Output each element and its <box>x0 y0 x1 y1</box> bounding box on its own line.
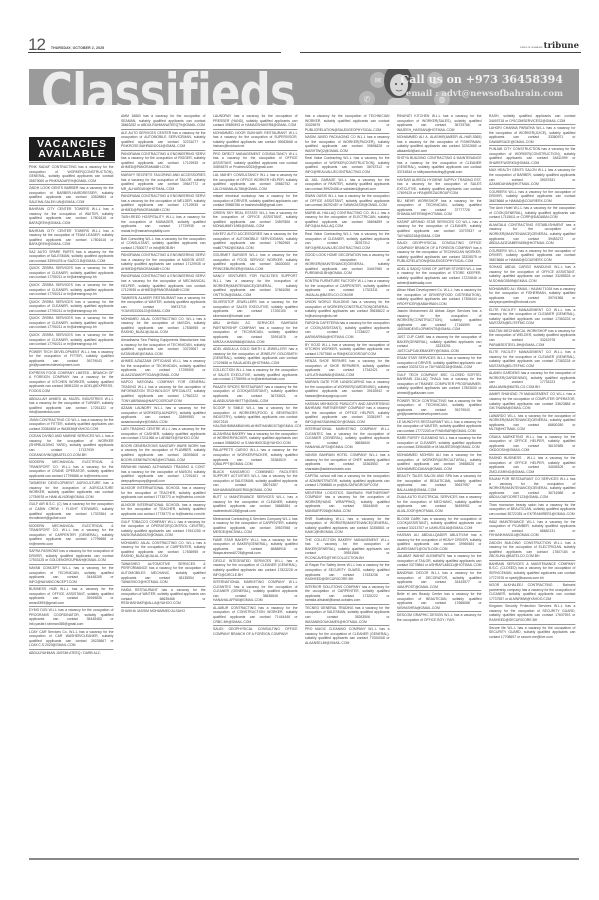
classified-ad: PUNJAB CITY CONSTRUCTION has a vacancy f… <box>489 145 575 166</box>
classified-ad: IMAZ MAINTENANCE W.L.L has a vacancy for… <box>489 518 575 539</box>
classified-ad: LE MUNCHYS RESTAURANT W.L.L has a vacanc… <box>397 418 481 435</box>
classified-ad: COURIERX W.L.L has a vacancy for the occ… <box>489 247 575 264</box>
classified-ad: Jassim Mohammed Ali Abbas Zayer Services… <box>397 307 481 333</box>
header-rule <box>28 52 281 53</box>
classified-ad: MOHAMED JALAL CONTRACTING CO. W.L.L has … <box>121 315 205 336</box>
logo-prefix: NEWS OF BAHRAIN <box>520 47 543 49</box>
classified-ad: THE COLLECTION BAKERY MANAGEMENT W.L.L h… <box>305 536 389 562</box>
classified-ad: KONTRA FURNITURE FACTORY W.L.L has a vac… <box>305 277 389 298</box>
classified-ad: KASHIF ARSHAD STAR SERVICES CO W.L.L has… <box>397 218 481 239</box>
classified-ad: Al Rayah For Safety Items W.L.L has a va… <box>305 561 389 582</box>
classified-ad: ESAM STAR SERVICES W.L.L has a vacancy f… <box>397 354 481 371</box>
column-3: LAUNDRAY has a vacancy for the occupatio… <box>213 113 301 856</box>
column-5: RINAYATI KITCHEN W.L.L has a vacancy for… <box>397 113 485 856</box>
classified-ad: ABDULLAH AHMED AL MUZEL INDUSTRIES W.L.L… <box>29 395 113 416</box>
classified-ad: DESCOM GRAPHIC DESIGN W.L.L has a vacanc… <box>397 611 481 623</box>
classified-ad: TASH-REED HOSPITALITY W.L.L has a vacanc… <box>121 213 205 234</box>
column-6: RASH, suitably qualified applicants can … <box>489 113 579 856</box>
classified-ad: ALNOOR INTERNATIONAL SCHOOL has a vacanc… <box>121 501 205 518</box>
classified-ad: GULF AIR B.S.C. (C) has a vacancy for th… <box>29 500 113 521</box>
classified-ad: POWER TECH DEVELOPMENT W.L.L has a vacan… <box>29 348 113 369</box>
classified-ad: MOHAMED JALAL CONTRACTING CO. W.L.L has … <box>121 539 205 560</box>
classified-ad: ALAMIN GARDENS has a vacancy for the occ… <box>489 369 575 390</box>
classified-ad: Real Value Contracting W.L.L has a vacan… <box>305 230 389 251</box>
classified-ad: QUICK ZEBRA SERVICES has a vacancy for t… <box>29 331 113 348</box>
classified-ad: PINK SADAF CONTRACTING has a vacancy for… <box>29 164 113 184</box>
classified-ad: Real Value Contracting W.L.L has a vacan… <box>305 154 389 175</box>
classified-ad: Kingdom Security Protection Services W.L… <box>489 602 575 623</box>
classified-ad: JUST CUP CAKE has a vacancy for the occu… <box>397 333 481 354</box>
classified-ad: Than moroccan beauty salon has a vacancy… <box>489 501 575 518</box>
classified-ad: LARI TRADING CENTRE W.L.L has a vacancy … <box>121 425 205 442</box>
classified-ad: AHMED AZIAZZAM OPTICIANS W.L.L has a vac… <box>121 357 205 378</box>
classified-ad: QUICK ZEBRA SERVICES has a vacancy for t… <box>29 281 113 298</box>
classified-ad: ABDULRAHMAN JASSIM ATEEQ / DARB ALZ- <box>29 649 113 657</box>
vacancies-heading-line2: AVAILABLE <box>29 149 115 159</box>
classified-ad: JALABAT WAHAT ALEMIRATS has a vacancy fo… <box>397 552 481 569</box>
classified-ad: mikael electrical workshop has a vacancy… <box>213 192 297 209</box>
classified-ad: LOAY CAR Services Co. W.L.L has a vacanc… <box>29 628 113 649</box>
classified-ad: OCEAN DIVING AND MARINE SERVICES W.L.L h… <box>29 432 113 458</box>
classified-ad: GULF TECH COMPANY BSC CLOSED SOFITEL BAH… <box>397 371 481 397</box>
classifieds-banner: Classifieds ✉ ✆ ▯ ◍ Call us on +973 3645… <box>29 69 579 105</box>
classified-ad: SHAIKHA JASSIM MOHAMMED ALSAHO <box>121 607 205 615</box>
banner-title: Classifieds <box>41 69 295 105</box>
classified-ad: GOURMET BURGER W.L.L has a vacancy for t… <box>213 251 297 272</box>
classified-ad: Belle et ces Beauty Center has a vacancy… <box>397 590 481 611</box>
classified-ad: SAFRA FASHIONS has a vacancy for the occ… <box>29 547 113 564</box>
classified-ad: MULTAN MECHANICAL WORKSHOP has a vacancy… <box>489 327 575 348</box>
classified-ad: CAPITAL school will has a vacancy for th… <box>305 472 389 489</box>
classified-ad: PRO DIRECT MANAGEMENT CONSULTANCY W.L.L … <box>213 150 297 171</box>
classified-ad: BANDRAK DECOR W.L.L has a vacancy for th… <box>397 569 481 590</box>
classified-ad: AAMIR SHAHZAD 79 MANAGEMENT CO W.L.L has… <box>489 390 575 411</box>
classified-ad: MOHAMMED ALI ISMAIL / HAIAM T1034 has a … <box>489 285 575 306</box>
classified-ad: GREEN SKY REAL ESTATE W.L.L has a vacanc… <box>213 209 297 230</box>
classified-ad: BLOOM DARK has a vacancy for the occupat… <box>397 515 481 532</box>
classified-ad: OSAKA MARKETING W.L.L has a vacancy for … <box>489 433 575 454</box>
classified-ad: ZAIDH LOOK GENTS BARBER has a vacancy fo… <box>29 184 113 205</box>
classified-ad: PANORAMA CONTRACTING & ENGINEERING SERVI… <box>121 272 205 293</box>
classified-ad: POWER TECH CONTRACTING has a vacancy for… <box>397 397 481 418</box>
classified-ad: SHITYA BUILDING CONTRACTING & MAINTENANC… <box>397 154 481 175</box>
classified-ad: PRO MAGIC CLEANING COMPANY W.L.L has a v… <box>305 625 389 646</box>
classified-ad: ABU AHSAN AC SERVICES BAHRAINI PARTNERSH… <box>213 319 297 345</box>
classified-ad: RARE PURITY CLEANING W.L.L has a vacancy… <box>397 434 481 451</box>
column-4: has a vacancy for the occupation of TECH… <box>305 113 393 856</box>
classified-ad: LAHORI CHANNA PARATHA W.L.L has a vacanc… <box>489 124 575 145</box>
classified-ad: CIRCLE INTEGRATED SERVICES W.L.L has a v… <box>213 557 297 578</box>
classified-ad: QUICK ZEBRA SERVICES has a vacancy for t… <box>29 314 113 331</box>
classified-ad: HASSAN MEHMOOD PUBLICITY AND ADVERTISING… <box>305 400 389 426</box>
newspaper-logo: NEWS OF BAHRAINtribune <box>520 41 579 51</box>
classified-ad: RAJAM POR RESTAURANT CO SERVICES W.L.L h… <box>489 475 575 501</box>
classified-ad: PANORAMA CONTRACTING & ENGINEERING SERVI… <box>121 150 205 171</box>
classified-ad: PAAATH SPICES RESTAURANT has a vacancy f… <box>213 383 297 404</box>
phone-icon: ✆ <box>359 91 375 105</box>
classified-ad: COURIERX W.L.L has a vacancy for the occ… <box>489 188 575 205</box>
classified-ad: INTERIOR SOLUTIONS COMPANY has a vacancy… <box>305 583 389 604</box>
classified-ad: HAYEF2 AUTO ACCESSORIES has a vacancy fo… <box>213 230 297 251</box>
classified-ad: HAIDA RESTAURANT has a vacancy for the o… <box>121 586 205 607</box>
classified-ad: SAUDI GEOPHYSICAL CONSULTING OFFICE COMP… <box>213 625 297 637</box>
classified-ad: MOHAMMED ALI A. ALASHIR(AMEER AL-HAR-536… <box>397 133 481 154</box>
classified-ad: MARAYY SECRETS TAILORING AND ACCESSORIES… <box>121 171 205 192</box>
classified-ad: NAPCO NATIONAL COMPANY FOR GENERAL TRADI… <box>121 378 205 404</box>
classified-ad: Bob Consulting W.L.L has a vacancy for t… <box>121 235 205 252</box>
classified-ad: SILVERSTOP JEWELLERS has a vacancy for t… <box>213 298 297 319</box>
classified-ad: ALMATALA CONTRACTING ESTABLISHMENT has a… <box>489 221 575 247</box>
classified-ad: SCOOP N SMILE W.L.L has a vacancy for th… <box>213 404 297 430</box>
heading-rule <box>29 162 115 163</box>
classified-ad: ELITE FACILITY MANAGEMENT CO W.L.L has a… <box>489 306 575 327</box>
classified-ad: ALE AUTO SERVICES CENTER has a vacancy f… <box>121 129 205 150</box>
bottom-rule <box>29 858 579 860</box>
page-folio: 12 THURSDAY, OCTOBER 2, 2025 <box>28 36 281 52</box>
classified-ad: RNR Scaffolding W.L.L has a vacancy for … <box>305 515 389 536</box>
classified-ad: NAYAB CONCEPT W.L.L has a vacancy for th… <box>29 564 113 585</box>
classified-ad: NANCY VENTURES FOR FACILITIES SUPPORT W.… <box>213 272 297 298</box>
classified-ad: ELITE FACILITY MANAGEMENT CO W.L.L has a… <box>489 348 575 369</box>
call-us-text: Call us on +973 36458394 <box>401 73 564 86</box>
classified-ad: PANORAMA CONTRACTING & ENGINEERING SERVI… <box>121 192 205 213</box>
classified-ad: BAHRAIN CITY CENTER TOWERS W.L.L has a v… <box>29 205 113 226</box>
column-2: AMM 18863 has a vacancy for the occupati… <box>121 113 209 856</box>
email-text: email : advt@newsofbahrain.com <box>406 89 563 99</box>
classified-ad: NASIM JAVED PACKAGING CO W.L.L has a vac… <box>305 133 389 154</box>
classified-ad: BAHRAIN SERVICES & MAINTENANCE COMPANY B… <box>489 560 575 581</box>
classified-ad: HASSAN ALI ABDULLQADER ABULTIYAH has a v… <box>397 531 481 552</box>
classified-ad: VANSIK BAHRAIN HOTEL COMPANY W.L.L has a… <box>305 451 389 472</box>
classified-ad: MODERN MECHANICAL ELECTRICAL & TRANSPORT… <box>29 458 113 479</box>
classified-ad: BLACK KANGAROO COMBINED FACILITIES SUPPO… <box>213 468 297 494</box>
classified-ad: LAWARDO W.L.L has a vacancy for the occu… <box>489 412 575 433</box>
classified-ad: ALNOOR INTERNATIONAL SCHOOL has a vacanc… <box>121 484 205 501</box>
classified-ad: TECNEO GENERAL TRADING has a vacancy for… <box>305 604 389 625</box>
classified-ad: Mechanical Contracting & Services Compan… <box>213 515 297 536</box>
classified-ad: RASH, suitably qualified applicants can … <box>489 113 575 124</box>
classified-ad: SOHAIG ABDUL CARGO HANDLING W.L.L has a … <box>489 263 575 284</box>
vacancies-heading: VACANCIES AVAILABLE <box>29 137 115 161</box>
classified-ad: BU MEHR WORKSHOP has a vacancy for the o… <box>397 197 481 218</box>
classified-ad: SAUDI GEOPHYSICAL CONSULTING OFFICE COMP… <box>397 239 481 265</box>
classified-ad: BUTT U MAINTENANCE SERVICES W.L.L has a … <box>213 493 297 514</box>
classified-ad: BAHRAIN CITY CENTER TOWERS W.L.L has a v… <box>29 227 113 248</box>
classified-ad: RASHID BUSINESS . W.L.L has a vacancy fo… <box>489 454 575 475</box>
classified-ad: DYMO DIGI W.L.L has a vacancy for the oc… <box>29 606 113 627</box>
classified-ad: NOOR ALKHALEEJ CONTRACTING - Bahraini pa… <box>489 581 575 602</box>
classified-ad: RINAYATI KITCHEN W.L.L has a vacancy for… <box>397 113 481 133</box>
classified-ad: UNION WORLD BUILDING has a vacancy for t… <box>305 298 389 319</box>
classified-ad: Secure life W.L.L has a vacancy for the … <box>489 624 575 641</box>
classified-ad: SAZ AUTO SPARE PARTS has a vacancy for t… <box>29 248 113 265</box>
classified-ad: ADEL ABDULLA GOLD SMITH & JEWELLERY has … <box>213 345 297 366</box>
classified-ad: LAL MAHEY CONSULTANCY W.L.L has a vacanc… <box>213 171 297 192</box>
classified-ad: JIVAN CONTRACTING CO W.L.L has a vacancy… <box>29 416 113 433</box>
classified-ad: has a vacancy for the occupation of TECH… <box>305 113 389 133</box>
classified-ad: The Arch Hotel W.L.L has a vacancy for t… <box>489 204 575 221</box>
classified-ad: FAROHA CAFETERIA has a vacancy for the o… <box>305 319 389 340</box>
classified-ad: INTERNATIONAL MARKETING COMPANY W.L.L CL… <box>305 425 389 451</box>
classified-ad: MARIB AL HALLAQ CONTRACTING CO. W.L.L ha… <box>305 209 389 230</box>
header-rule-right <box>300 52 581 53</box>
classified-ad: ADEL & SADIQ SONS OF JAFFAR STORES W.L.L… <box>397 265 481 286</box>
classified-ad: MENTERM LOGISTICS BAHRAINI PARTNERSHIP C… <box>305 489 389 515</box>
classified-ad: ALZAHRAA BAKERY has a vacancy for the oc… <box>213 430 297 447</box>
classified-ad: GOOD LOOK HOME DECORATION has a vacancy … <box>305 251 389 277</box>
classified-ad: BEAUTY TALES SALON AND SPA has a vacancy… <box>397 472 481 493</box>
classified-ad: TAWASHEO AUTOMOTIVE SERVICES & PERFORMAN… <box>121 560 205 586</box>
classified-ad: HENZA SHOE REPAIRS has a vacancy for the… <box>305 357 389 378</box>
logo-text: tribune <box>544 41 579 51</box>
classified-ad: QUICK ZEBRA SERVICES has a vacancy for t… <box>29 298 113 315</box>
classified-ad: EBRAHIM HAMAD ALTHAWADI TRADING & CONT. … <box>121 463 205 484</box>
classified-ad: DUAA AUTO ELECTRICAL SERVICES has a vaca… <box>397 493 481 514</box>
classified-ad: FAME STAR BAKERY W.L.L has a vacancy for… <box>213 536 297 557</box>
classified-ad: HAYDAR ALIREZA HYGIENE SUPPLY TRADING ES… <box>397 176 481 197</box>
classified-ad: MAX HEALTH GENTS SALON W.L.L has a vacan… <box>489 166 575 187</box>
classified-ad: INTERNATIONAL MARKETING COMPANY W.L.L CL… <box>213 578 297 604</box>
classified-ad: MODERN MECHANICAL ELECTRICAL & TRANSPORT… <box>29 522 113 548</box>
issue-date: THURSDAY, OCTOBER 2, 2025 <box>51 46 104 50</box>
classified-ad: MOHAMMED NOOR BUKHARI RESTAURANT W.L.L h… <box>213 129 297 150</box>
classified-ad: BY KOJO W.L.L has a vacancy for the occu… <box>305 341 389 358</box>
classified-ad: Almadhama Sea Fishing Equipments Manufac… <box>121 336 205 357</box>
classified-ad: ZAIDON BUILDING CONSTRUCTION W.L.L has a… <box>489 539 575 560</box>
classified-ad: ALJABUR CONTRACTING has a vacancy for th… <box>213 604 297 625</box>
column-1: PINK SADAF CONTRACTING has a vacancy for… <box>29 164 117 856</box>
classified-ad: GULF TOBACCO COMPANY W.L.L has a vacancy… <box>121 518 205 539</box>
classified-ad: PANORAMA CONTRACTING & ENGINEERING SERVI… <box>121 251 205 272</box>
classified-ad: SWAN OASIS W.L.L has a vacancy for the o… <box>305 192 389 209</box>
classified-ad: MOHAMMED MOHSIN ALI has a vacancy for th… <box>397 451 481 472</box>
classified-ad: LAUNDRAY has a vacancy for the occupatio… <box>213 113 297 129</box>
classified-ad: QUICK ZEBRA SERVICES has a vacancy for t… <box>29 264 113 281</box>
classified-ad: BOORI GENERATIONS SANITARY WARE WORK has… <box>121 442 205 463</box>
classified-ad: COLLECTION W.L.L has a vacancy for the o… <box>213 366 297 383</box>
page-number: 12 <box>28 37 45 52</box>
classified-ad: TAMKEEN ALAKER RESTAURANT has a vacancy … <box>121 294 205 315</box>
classified-ad: BUSINESS HUB W.L.L has a vacancy for the… <box>29 585 113 606</box>
classified-ad: PALAPPETTI CARGO W.L.L has a vacancy for… <box>213 446 297 467</box>
classified-ad: MARAYA GATE FOR LANDSCAPING has a vacanc… <box>305 378 389 399</box>
classified-ad: AL ADL GARAGE W.L.L has a vacancy for th… <box>305 176 389 193</box>
classified-ad: Athan Hilwd Development Co. W.L.L. has a… <box>397 286 481 307</box>
classified-ad: EXPRESS FOOD COMPANY LIMITED - BRANCH OF… <box>29 369 113 395</box>
classified-ad: AMM 18863 has a vacancy for the occupati… <box>121 113 205 129</box>
classified-ad: AZAAN LAUNDRY W.L.L has a vacancy for th… <box>121 404 205 425</box>
classified-ad: TASMEEM DEVELOPMENT AGRICULTURE has a va… <box>29 479 113 500</box>
